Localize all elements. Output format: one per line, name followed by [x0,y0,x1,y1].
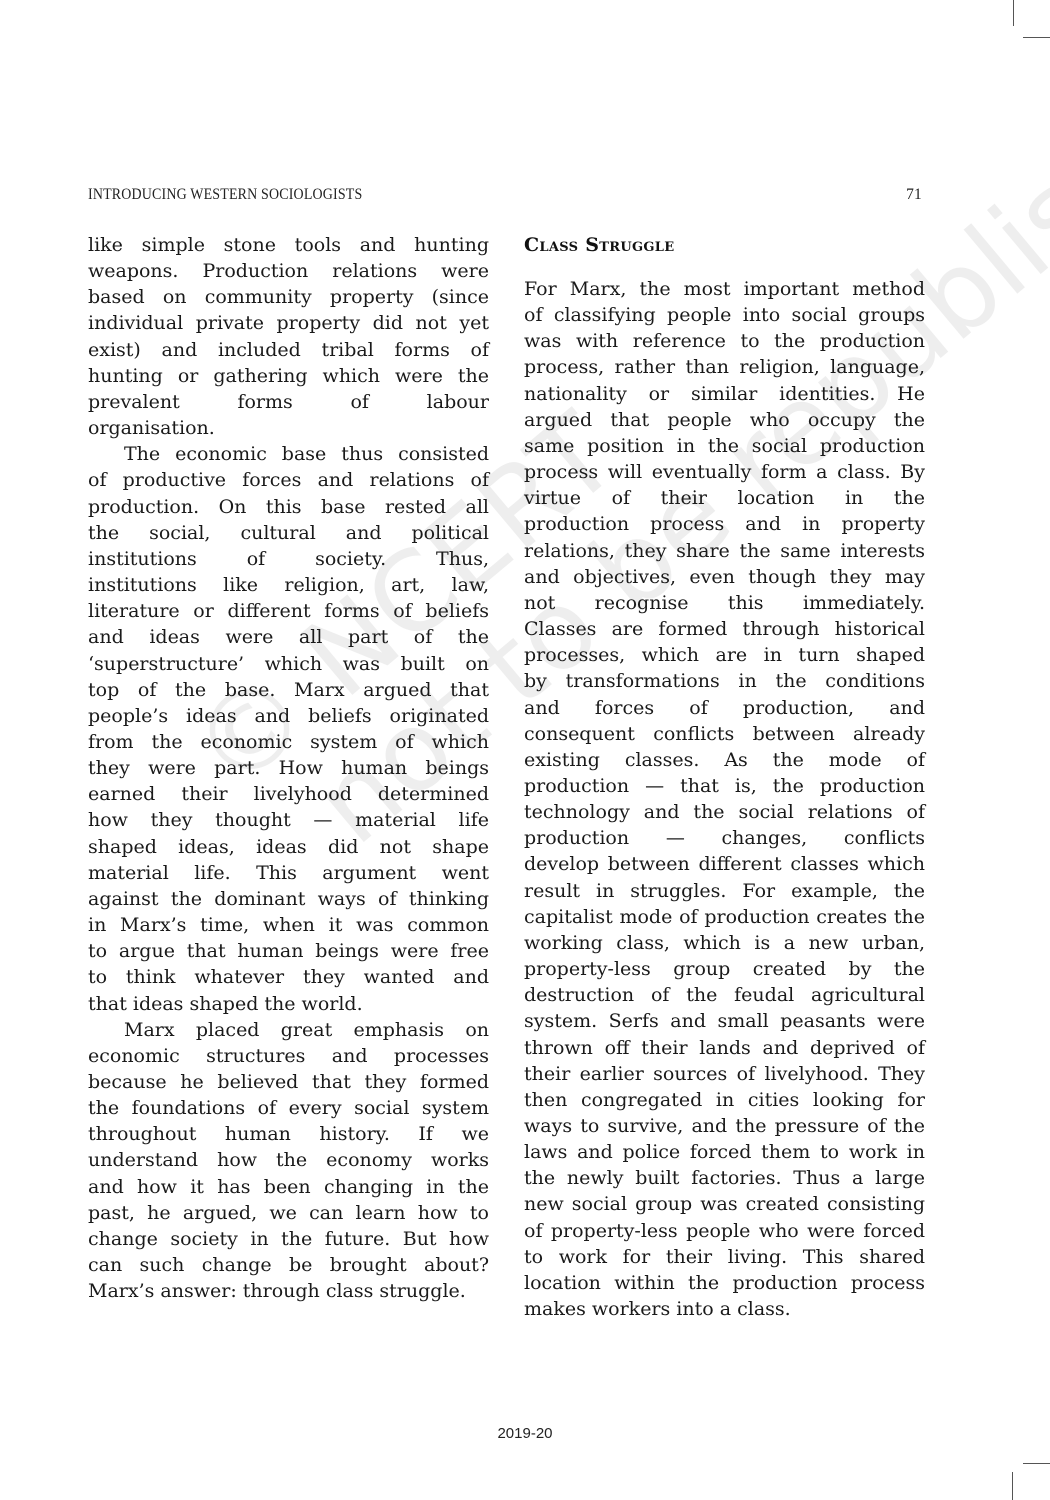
text-line: exist) and included tribal forms of [88,337,489,363]
text-line: hunting or gathering which were the [88,363,489,389]
text-line: production — changes, conflicts [524,825,925,851]
text-line: same position in the social production [524,433,925,459]
text-line: nationality or similar identities. He [524,381,925,407]
text-line: by transformations in the conditions [524,668,925,694]
text-line: then congregated in cities looking for [524,1087,925,1113]
text-line: production — that is, the production [524,773,925,799]
text-line: to think whatever they wanted and [88,964,489,990]
text-line: economic structures and processes [88,1043,489,1069]
text-line: existing classes. As the mode of [524,747,925,773]
text-line: individual private property did not yet [88,310,489,336]
text-line: capitalist mode of production creates th… [524,904,925,930]
text-line: argued that people who occupy the [524,407,925,433]
text-line: process, rather than religion, language, [524,354,925,380]
text-line: and forces of production, and [524,695,925,721]
text-line: the newly built factories. Thus a large [524,1165,925,1191]
text-line: institutions of society. Thus, [88,546,489,572]
text-line: they were part. How human beings [88,755,489,781]
page-number: 71 [906,186,922,204]
paragraph: Marx placed great emphasis oneconomic st… [88,1017,489,1305]
text-line: and objectives, even though they may [524,564,925,590]
text-line: ways to survive, and the pressure of the [524,1113,925,1139]
right-column: Class Struggle For Marx, the most import… [524,232,925,1322]
text-line: Classes are formed through historical [524,616,925,642]
text-line: laws and police forced them to work in [524,1139,925,1165]
text-line: and how it has been changing in the [88,1174,489,1200]
text-line: relations, they share the same interests [524,538,925,564]
crop-mark-bottom-horizontal [1023,1463,1050,1464]
text-line: change society in the future. But how [88,1226,489,1252]
text-line: organisation. [88,415,489,441]
text-line: like simple stone tools and hunting [88,232,489,258]
crop-mark-bottom-vertical [1012,1472,1013,1500]
text-line: material life. This argument went [88,860,489,886]
paragraph: like simple stone tools and huntingweapo… [88,232,489,441]
text-line: process will eventually form a class. By [524,459,925,485]
text-line: property-less group created by the [524,956,925,982]
text-line: production. On this base rested all [88,494,489,520]
text-line: against the dominant ways of thinking [88,886,489,912]
text-line: their earlier sources of livelyhood. The… [524,1061,925,1087]
text-line: develop between different classes which [524,851,925,877]
text-line: production process and in property [524,511,925,537]
text-line: not recognise this immediately. [524,590,925,616]
text-line: weapons. Production relations were [88,258,489,284]
paragraph: The economic base thus consistedof produ… [88,441,489,1016]
text-line: processes, which are in turn shaped [524,642,925,668]
text-line: virtue of their location in the [524,485,925,511]
paragraph: For Marx, the most important methodof cl… [524,276,925,1322]
text-line: top of the base. Marx argued that [88,677,489,703]
text-line: system. Serfs and small peasants were [524,1008,925,1034]
text-line: new social group was created consisting [524,1191,925,1217]
text-line: technology and the social relations of [524,799,925,825]
text-line: result in struggles. For example, the [524,878,925,904]
text-line: people’s ideas and beliefs originated [88,703,489,729]
text-line: that ideas shaped the world. [88,991,489,1017]
text-line: destruction of the feudal agricultural [524,982,925,1008]
text-line: based on community property (since [88,284,489,310]
text-line: shaped ideas, ideas did not shape [88,834,489,860]
text-line: earned their livelyhood determined [88,781,489,807]
text-line: location within the production process [524,1270,925,1296]
text-line: the social, cultural and political [88,520,489,546]
running-head: INTRODUCING WESTERN SOCIOLOGISTS 71 [88,186,924,208]
text-line: makes workers into a class. [524,1296,925,1322]
text-line: institutions like religion, art, law, [88,572,489,598]
text-line: to work for their living. This shared [524,1244,925,1270]
text-line: thrown off their lands and deprived of [524,1035,925,1061]
text-line: throughout human history. If we [88,1121,489,1147]
text-line: to argue that human beings were free [88,938,489,964]
text-line: past, he argued, we can learn how to [88,1200,489,1226]
running-title: INTRODUCING WESTERN SOCIOLOGISTS [88,186,362,204]
edition-footer: 2019-20 [0,1425,1050,1442]
text-line: can such change be brought about? [88,1252,489,1278]
text-line: working class, which is a new urban, [524,930,925,956]
crop-mark-top-vertical [1013,0,1014,26]
text-line: how they thought — material life [88,807,489,833]
crop-mark-top-horizontal [1023,37,1050,38]
text-line: understand how the economy works [88,1147,489,1173]
text-line: in Marx’s time, when it was common [88,912,489,938]
text-line: the foundations of every social system [88,1095,489,1121]
text-line: because he believed that they formed [88,1069,489,1095]
text-line: of property-less people who were forced [524,1218,925,1244]
text-line: from the economic system of which [88,729,489,755]
text-line: literature or different forms of beliefs [88,598,489,624]
text-line: ‘superstructure’ which was built on [88,651,489,677]
text-line: of productive forces and relations of [88,467,489,493]
section-heading: Class Struggle [524,232,925,258]
text-line: and ideas were all part of the [88,624,489,650]
text-line: The economic base thus consisted [88,441,489,467]
text-line: Marx placed great emphasis on [88,1017,489,1043]
text-line: Marx’s answer: through class struggle. [88,1278,489,1304]
text-line: of classifying people into social groups [524,302,925,328]
text-line: prevalent forms of labour [88,389,489,415]
text-line: For Marx, the most important method [524,276,925,302]
document-page: © NCERT not to be republished INTRODUCIN… [0,0,1050,1500]
left-column: like simple stone tools and huntingweapo… [88,232,489,1304]
text-line: consequent conflicts between already [524,721,925,747]
text-line: was with reference to the production [524,328,925,354]
